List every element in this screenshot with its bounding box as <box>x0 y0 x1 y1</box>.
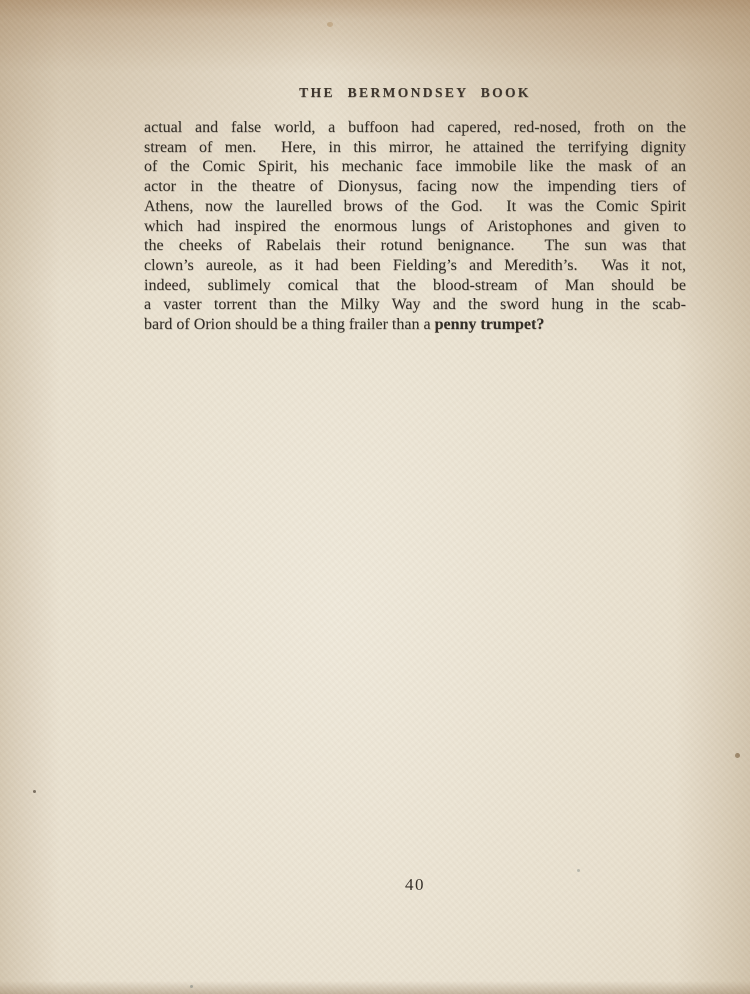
text-line: bard of Orion should be a thing frailer … <box>144 315 686 335</box>
text-line: a vaster torrent than the Milky Way and … <box>144 295 686 315</box>
text-segment: a vaster torrent than the Milky Way and … <box>144 296 686 313</box>
paper-speck <box>735 753 740 758</box>
text-line: actual and false world, a buffoon had ca… <box>144 118 686 138</box>
text-segment: stream of men. Here, in this mirror, he … <box>144 139 686 156</box>
emphasized-text: penny trumpet? <box>435 316 545 333</box>
paper-speck <box>190 985 193 988</box>
text-segment: of the Comic Spirit, his mechanic face i… <box>144 158 686 175</box>
text-line: the cheeks of Rabelais their rotund beni… <box>144 236 686 256</box>
text-line: Athens, now the laurelled brows of the G… <box>144 197 686 217</box>
running-header: THE BERMONDSEY BOOK <box>145 85 685 101</box>
text-line: stream of men. Here, in this mirror, he … <box>144 138 686 158</box>
paper-speck <box>327 22 333 27</box>
book-page: THE BERMONDSEY BOOK actual and false wor… <box>0 0 750 994</box>
paper-speck <box>33 790 36 793</box>
text-segment: the cheeks of Rabelais their rotund beni… <box>144 237 686 254</box>
paper-speck <box>577 869 580 872</box>
text-segment: which had inspired the enormous lungs of… <box>144 218 686 235</box>
text-line: clown’s aureole, as it had been Fielding… <box>144 256 686 276</box>
text-line: of the Comic Spirit, his mechanic face i… <box>144 157 686 177</box>
text-segment: indeed, sublimely comical that the blood… <box>144 277 686 294</box>
text-segment: Athens, now the laurelled brows of the G… <box>144 198 686 215</box>
text-line: which had inspired the enormous lungs of… <box>144 217 686 237</box>
text-segment: bard of Orion should be a thing frailer … <box>144 316 435 333</box>
text-line: indeed, sublimely comical that the blood… <box>144 276 686 296</box>
text-segment: actor in the theatre of Dionysus, facing… <box>144 178 686 195</box>
text-segment: clown’s aureole, as it had been Fielding… <box>144 257 686 274</box>
text-line: actor in the theatre of Dionysus, facing… <box>144 177 686 197</box>
paragraph: actual and false world, a buffoon had ca… <box>144 118 686 335</box>
text-segment: actual and false world, a buffoon had ca… <box>144 119 686 136</box>
page-number: 40 <box>145 875 685 895</box>
